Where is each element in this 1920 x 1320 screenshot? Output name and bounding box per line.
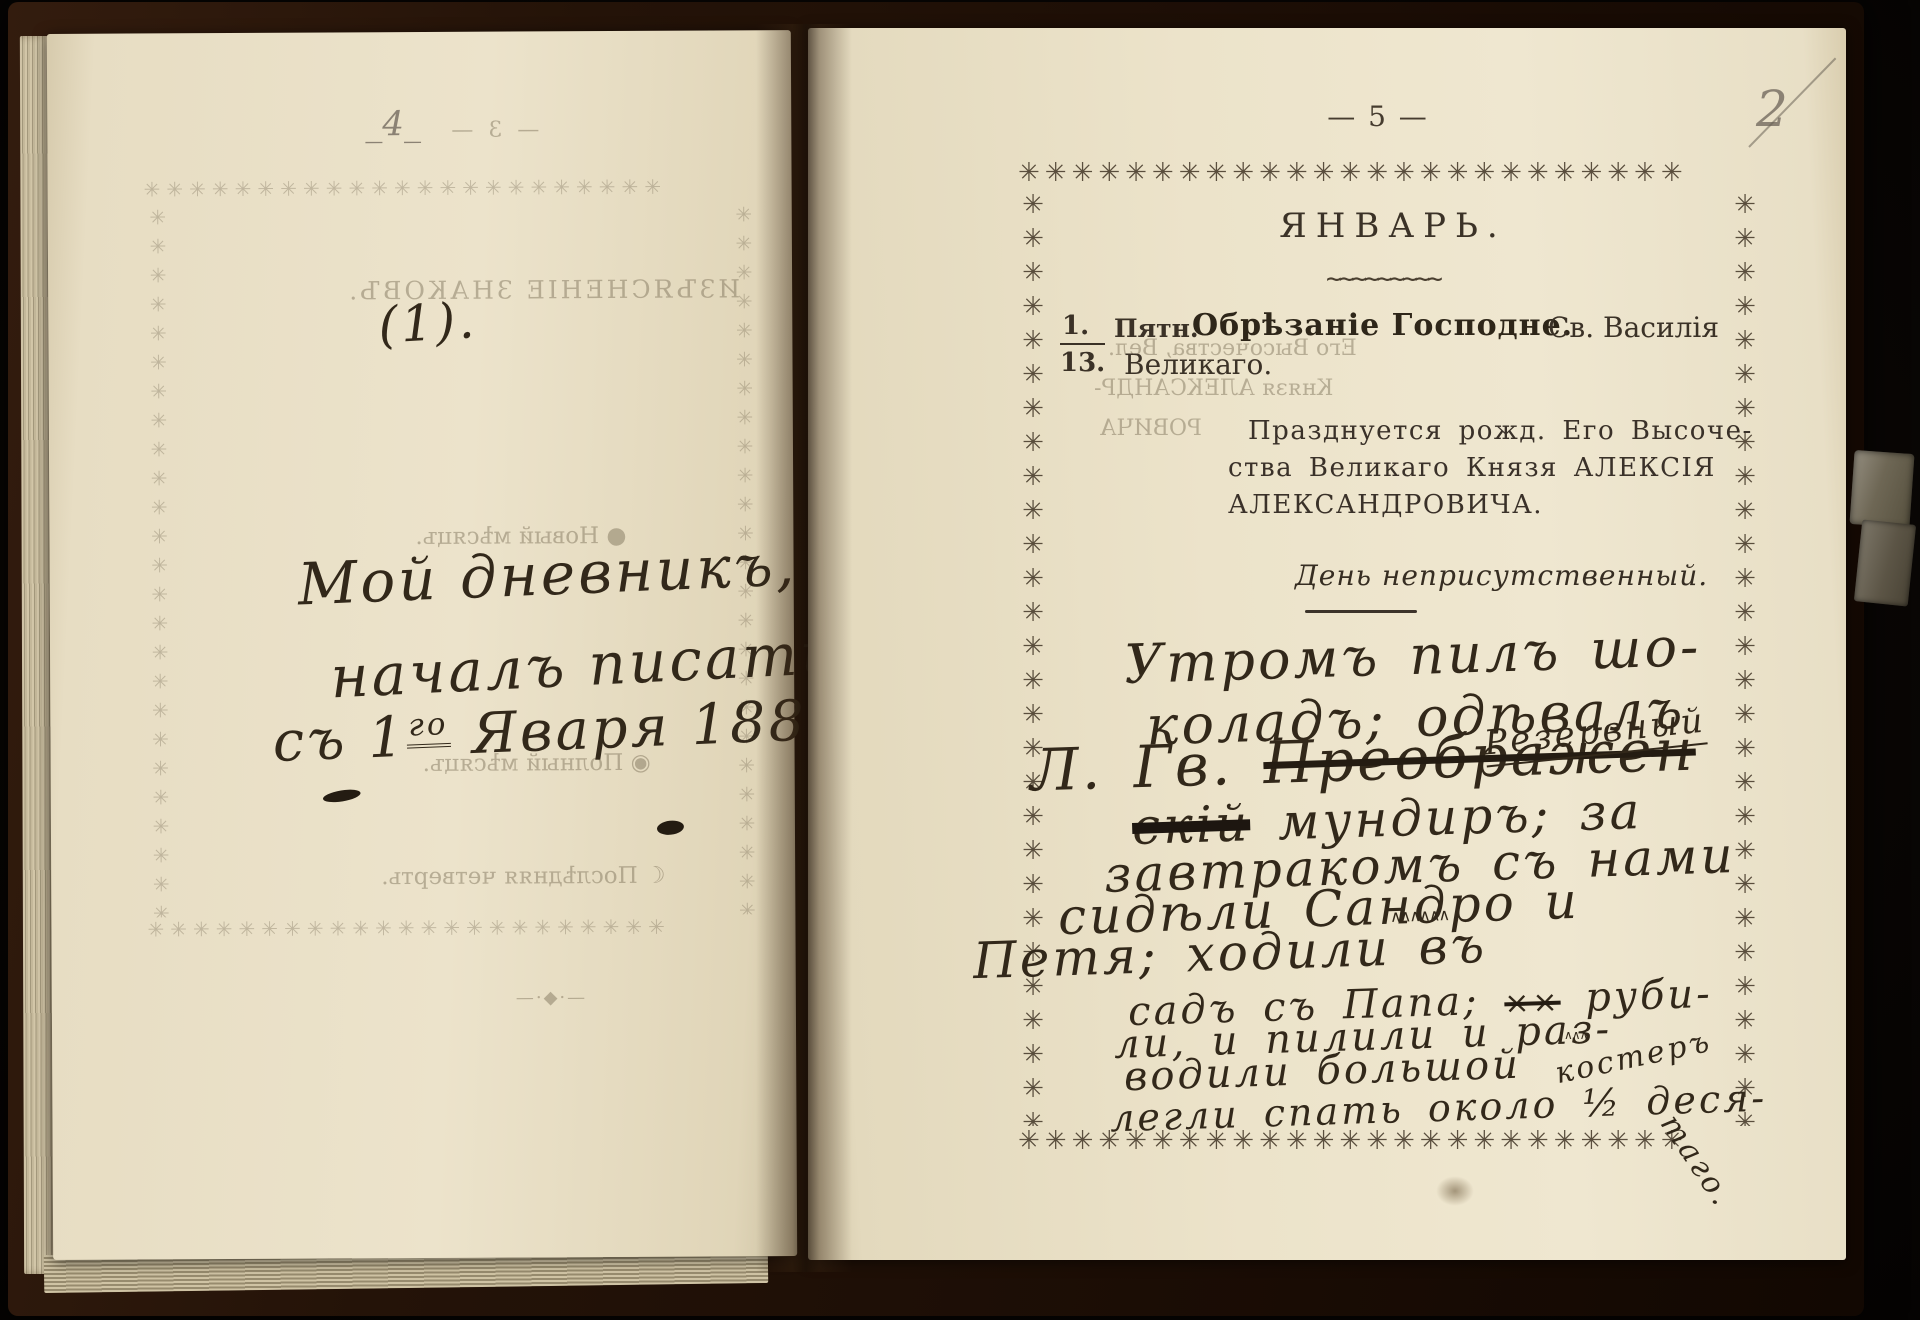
photo-background: _4_ — 3 — ✳✳✳✳✳✳✳✳✳✳✳✳✳✳✳✳✳✳✳✳✳✳✳ ✳✳✳✳✳✳… [0,0,1920,1320]
bleed-moon-phase-line: ☾ Послѣдняя четверть. [381,863,666,890]
date-new-style: 1. [1060,311,1105,345]
section-rule [1305,610,1417,613]
royal-birthday-notice-line: ства Великаго Князя АЛЕКСІЯ [1228,453,1716,483]
royal-birthday-notice-line: Празднуется рожд. Его Высоче- [1248,416,1753,446]
bleed-page-number: — 3 — [447,117,539,142]
feast-saint-continuation: Великаго. [1124,348,1272,381]
ornament-border-top: ✳✳✳✳✳✳✳✳✳✳✳✳✳✳✳✳✳✳✳✳✳✳✳✳✳ [1018,156,1762,190]
diary-text: Л. Гв. [1029,729,1264,804]
right-page: — 5 — 2 ✳✳✳✳✳✳✳✳✳✳✳✳✳✳✳✳✳✳✳✳✳✳✳✳✳ ✳✳✳✳✳✳… [808,28,1846,1260]
date-line-prefix: съ 1 [271,705,408,775]
feast-name-bold: Обрѣзаніе Господне. [1192,308,1573,343]
non-working-day-note: День неприсутственный. [1295,559,1708,592]
scribble-hatch-mark: ∧∧∧∧∧∧ [1390,905,1449,926]
book-clasp-upper [1849,450,1914,528]
insertion-caret-scribble: ∧∧∧ [1564,1028,1587,1042]
ordinal-superscript: го [406,706,452,749]
bleed-notice-line: РОВИЧА [1100,416,1202,441]
left-page: _4_ — 3 — ✳✳✳✳✳✳✳✳✳✳✳✳✳✳✳✳✳✳✳✳✳✳✳ ✳✳✳✳✳✳… [47,30,797,1260]
paper-stain [1436,1176,1474,1206]
feast-saint: Св. Василія [1548,311,1719,344]
bleed-ornament-border-bottom: ✳✳✳✳✳✳✳✳✳✳✳✳✳✳✳✳✳✳✳✳✳✳✳ [147,912,769,945]
diary-text: Петя; [972,925,1187,990]
page-number: — 5 — [1278,100,1478,133]
bleed-flourish: —·◆·— [514,987,585,1008]
entry-number-mark: (1). [377,291,479,355]
weekday-abbreviation: Пятн. [1114,314,1199,343]
ink-blot [322,787,361,804]
scribbled-over-word: ходили [1186,919,1392,983]
month-title: ЯНВАРЬ. [1228,206,1558,246]
date-old-style: 13. [1060,345,1105,378]
wavy-rule-ornament: ~~~~~~~~~ [1308,264,1458,294]
bleed-ornament-border-top: ✳✳✳✳✳✳✳✳✳✳✳✳✳✳✳✳✳✳✳✳✳✳✳ [144,172,766,205]
dual-style-date: 1. 13. [1060,311,1105,378]
ornament-border-right: ✳✳✳✳✳✳✳✳✳✳✳✳✳✳✳✳✳✳✳✳✳✳✳✳✳✳✳✳✳✳✳ [1730,190,1762,1126]
royal-birthday-notice-line: АЛЕКСАНДРОВИЧА. [1228,490,1543,520]
diary-title-handwriting-line: Мой дневникъ, я [296,528,861,619]
ink-blot [656,819,684,836]
book-clasp-lower [1854,519,1916,606]
pencil-folio-number-left: _4_ [365,104,421,144]
bleed-ornament-border-left: ✳✳✳✳✳✳✳✳✳✳✳✳✳✳✳✳✳✳✳✳✳✳✳✳✳✳ [144,205,176,917]
